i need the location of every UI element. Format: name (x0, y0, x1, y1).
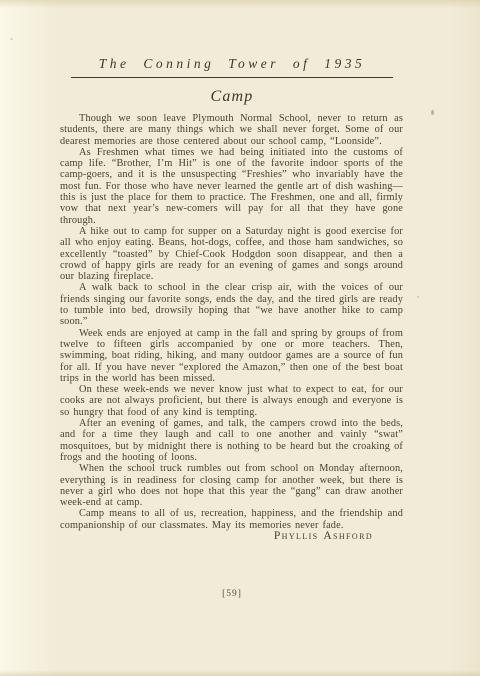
article-paragraph: When the school truck rumbles out from s… (60, 463, 403, 508)
page-number: [59] (60, 589, 404, 599)
scan-speck (431, 110, 434, 115)
scan-speck (10, 38, 13, 40)
scanned-book-page: The Conning Tower of 1935 Camp Though we… (0, 0, 480, 676)
article-paragraph: A walk back to school in the clear crisp… (60, 282, 403, 327)
article-paragraph: After an evening of games, and talk, the… (60, 418, 403, 463)
article-paragraph: A hike out to camp for supper on a Satur… (60, 226, 403, 282)
article-paragraph: Week ends are enjoyed at camp in the fal… (60, 328, 403, 384)
article-paragraph: Though we soon leave Plymouth Normal Sch… (60, 113, 403, 147)
running-header: The Conning Tower of 1935 (60, 56, 404, 78)
article-paragraph: As Freshmen what times we had being init… (60, 147, 403, 226)
article-title: Camp (60, 88, 404, 106)
journal-title: The Conning Tower of 1935 (60, 56, 404, 72)
article-paragraph: On these week-ends we never know just wh… (60, 384, 403, 418)
scan-speck (417, 296, 419, 298)
article-body: Though we soon leave Plymouth Normal Sch… (60, 113, 403, 542)
article-paragraph: Camp means to all of us, recreation, hap… (60, 508, 403, 531)
author-signature: Phyllis Ashford (60, 531, 403, 542)
header-rule-divider (71, 77, 393, 78)
